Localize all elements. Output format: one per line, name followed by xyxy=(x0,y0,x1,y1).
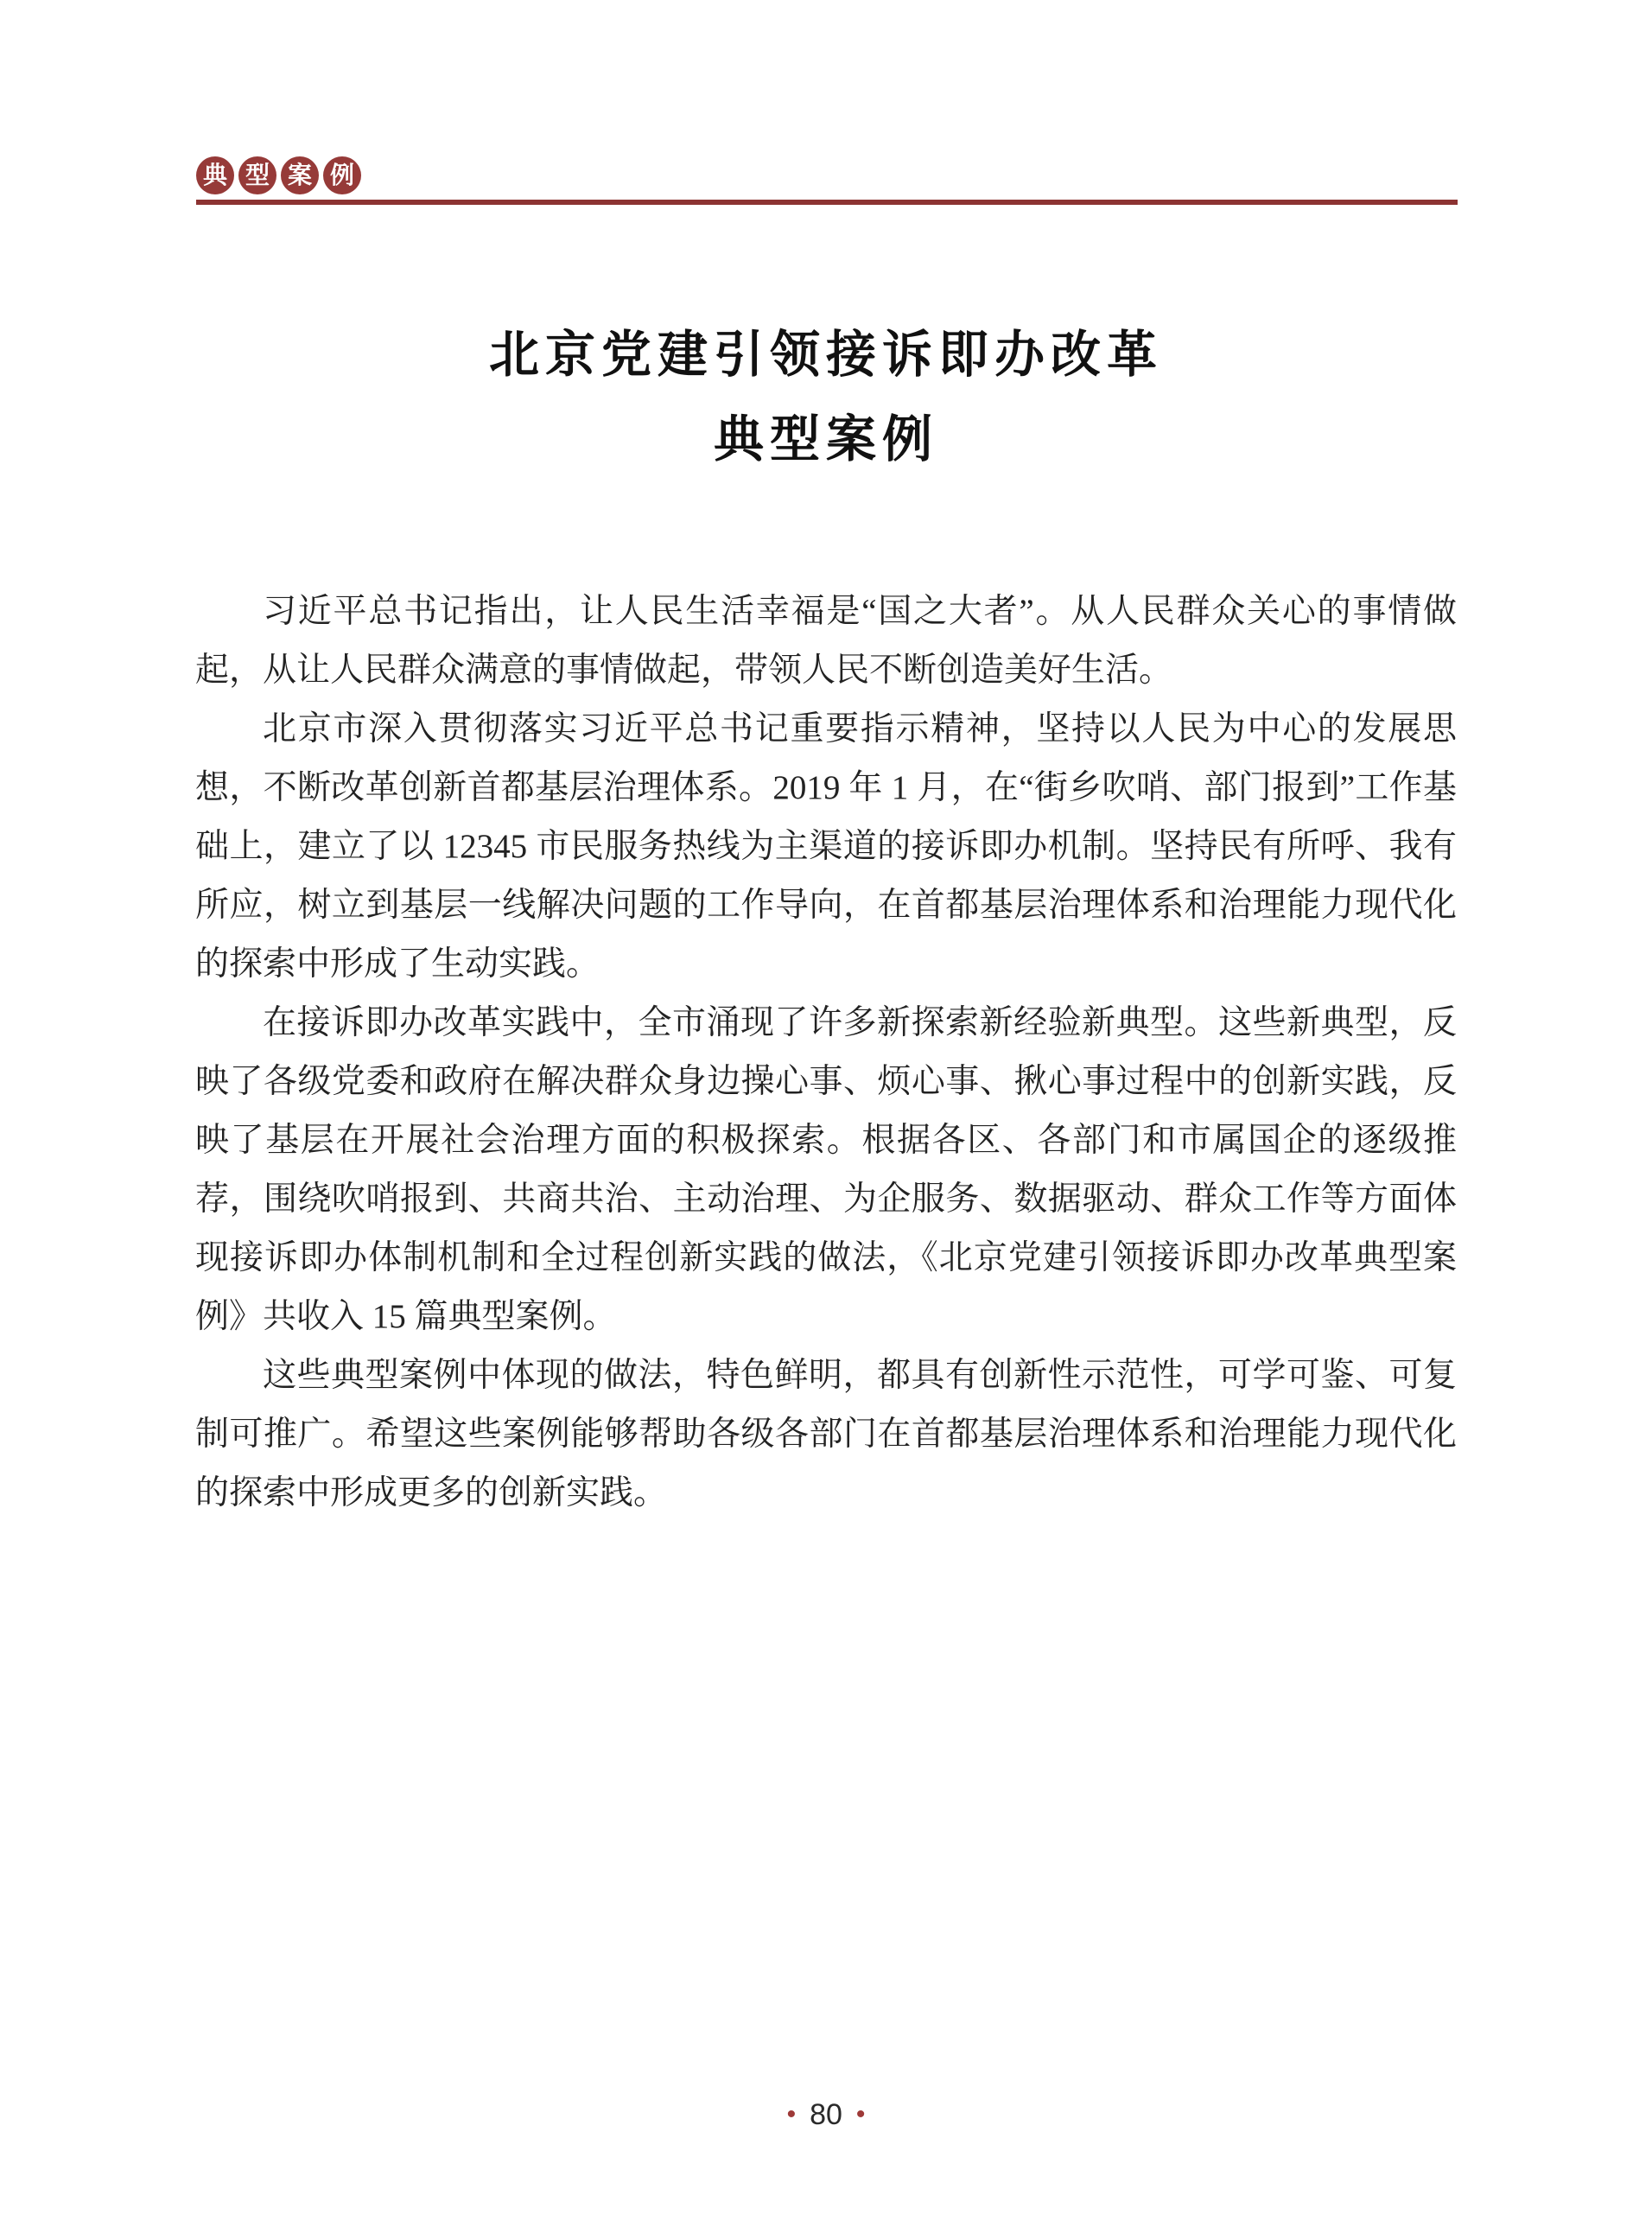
page-footer: •80• xyxy=(195,2098,1457,2132)
page-title-line1: 北京党建引领接诉即办改革 xyxy=(195,313,1457,398)
badge-char-icon: 例 xyxy=(323,156,361,194)
page-title: 北京党建引领接诉即办改革 典型案例 xyxy=(195,313,1457,482)
footer-right-dot-icon: • xyxy=(842,2100,880,2129)
footer-left-dot-icon: • xyxy=(773,2100,810,2129)
paragraph: 北京市深入贯彻落实习近平总书记重要指示精神，坚持以人民为中心的发展思想，不断改革… xyxy=(195,700,1457,994)
document-body: 习近平总书记指出，让人民生活幸福是“国之大者”。从人民群众关心的事情做起，从让人… xyxy=(195,582,1457,1523)
badge-char-icon: 典 xyxy=(196,156,234,194)
document-page: 典 型 案 例 北京党建引领接诉即办改革 典型案例 习近平总书记指出，让人民生活… xyxy=(0,0,1652,2240)
page-number: 80 xyxy=(810,2098,842,2131)
page-title-line2: 典型案例 xyxy=(195,398,1457,482)
paragraph: 这些典型案例中体现的做法，特色鲜明，都具有创新性示范性，可学可鉴、可复制可推广。… xyxy=(195,1346,1457,1523)
header-rule xyxy=(196,200,1458,205)
paragraph: 习近平总书记指出，让人民生活幸福是“国之大者”。从人民群众关心的事情做起，从让人… xyxy=(195,582,1457,700)
badge-char-icon: 型 xyxy=(238,156,276,194)
badge-char-icon: 案 xyxy=(281,156,319,194)
paragraph: 在接诉即办改革实践中，全市涌现了许多新探索新经验新典型。这些新典型，反映了各级党… xyxy=(195,994,1457,1346)
header-logo: 典 型 案 例 xyxy=(196,156,361,194)
